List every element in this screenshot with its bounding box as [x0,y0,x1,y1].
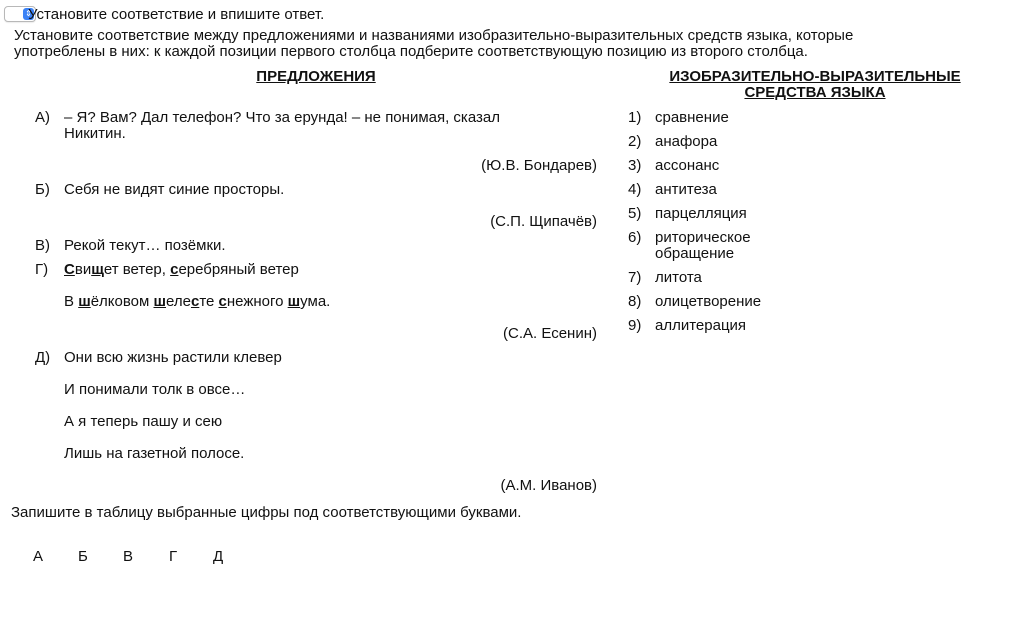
sentence-line: – Я? Вам? Дал телефон? Что за ерунда! – … [64,110,500,126]
text-run: еле [166,293,191,310]
sentence-line: И понимали толк в овсе… [64,382,245,398]
sentences-heading: ПРЕДЛОЖЕНИЯ [250,69,382,85]
device-name: сравнение [655,110,729,126]
answer-prompt: Запишите в таблицу выбранные цифры под с… [11,505,521,521]
device-number: 2) [628,134,641,150]
emphasized-letter: ш [154,293,167,310]
instruction-line: Установите соответствие между предложени… [14,28,853,44]
devices-heading: ИЗОБРАЗИТЕЛЬНО-ВЫРАЗИТЕЛЬНЫЕ СРЕДСТВА ЯЗ… [650,69,980,101]
device-name: обращение [655,246,734,262]
text-run: еребряный ветер [178,261,298,278]
sentence-label: Б) [35,182,50,198]
device-number: 6) [628,230,641,246]
emphasized-letter: С [64,261,75,278]
device-number: 8) [628,294,641,310]
device-name: ассонанс [655,158,719,174]
device-number: 4) [628,182,641,198]
device-number: 5) [628,206,641,222]
answer-column-g[interactable]: Г [169,548,177,565]
text-run: ума. [300,293,330,310]
task-instruction-short: Установите соответствие и впишите ответ. [28,7,324,23]
sentence-author: (Ю.В. Бондарев) [481,158,597,174]
sentence-line: А я теперь пашу и сею [64,414,222,430]
answer-column-b[interactable]: Б [78,548,88,565]
device-number: 1) [628,110,641,126]
text-run: ет ветер, [104,261,170,278]
devices-heading-line: СРЕДСТВА ЯЗЫКА [650,85,980,101]
sentence-line: Никитин. [64,126,126,142]
devices-heading-line: ИЗОБРАЗИТЕЛЬНО-ВЫРАЗИТЕЛЬНЫЕ [650,69,980,85]
text-run: В [64,293,78,310]
answer-column-v[interactable]: В [123,548,133,565]
text-run: ёлковом [91,293,154,310]
text-run: те [199,293,218,310]
device-name: литота [655,270,702,286]
answer-column-d[interactable]: Д [213,548,223,565]
sentence-author: (С.А. Есенин) [503,326,597,342]
device-number: 3) [628,158,641,174]
emphasized-letter: ш [288,293,301,310]
sentence-author: (А.М. Иванов) [500,478,597,494]
device-name: олицетворение [655,294,761,310]
sentence-line-emphasized: В шёлковом шелесте снежного шума. [64,294,330,310]
text-run: нежного [227,293,288,310]
device-number: 9) [628,318,641,334]
text-run: ви [75,261,91,278]
instruction-line: употреблены в них: к каждой позиции перв… [14,44,853,60]
emphasized-letter: с [219,293,227,310]
answer-column-a[interactable]: А [33,548,43,565]
task-instruction: Установите соответствие между предложени… [14,28,853,60]
sentence-label: В) [35,238,50,254]
device-name: парцелляция [655,206,747,222]
emphasized-letter: щ [91,261,104,278]
device-number: 7) [628,270,641,286]
sentence-author: (С.П. Щипачёв) [490,214,597,230]
sentence-label: А) [35,110,50,126]
sentence-label: Г) [35,262,48,278]
sentence-label: Д) [35,350,50,366]
sentence-line: Лишь на газетной полосе. [64,446,244,462]
sentence-line: Рекой текут… позёмки. [64,238,226,254]
emphasized-letter: ш [78,293,91,310]
device-name: анафора [655,134,717,150]
device-name: риторическое [655,230,751,246]
device-name: антитеза [655,182,717,198]
device-name: аллитерация [655,318,746,334]
sentence-line: Они всю жизнь растили клевер [64,350,282,366]
sentence-line-emphasized: Свищет ветер, серебряный ветер [64,262,299,278]
sentence-line: Себя не видят синие просторы. [64,182,284,198]
